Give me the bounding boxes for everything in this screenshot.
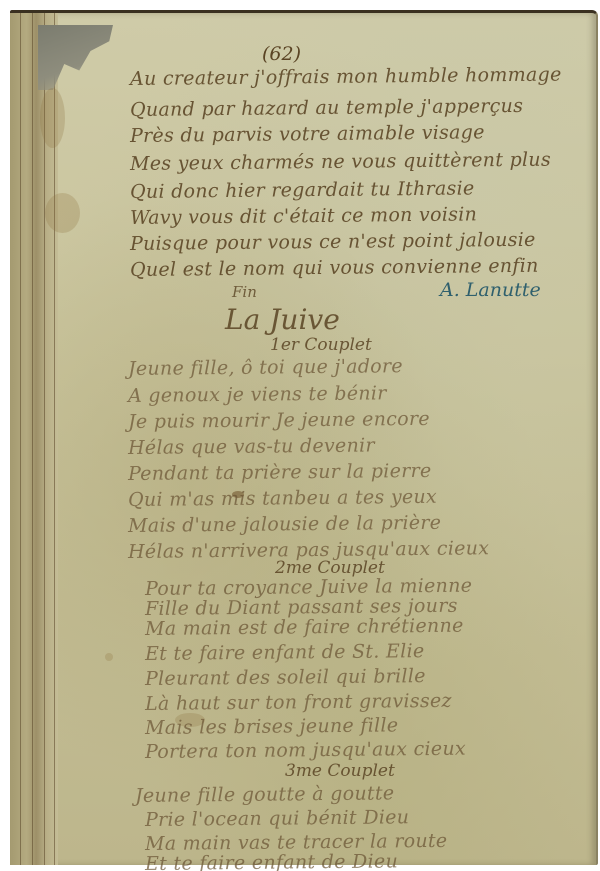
manuscript-page: (62) Au createur j'offrais mon humble ho…	[10, 10, 598, 865]
poem-line: Wavy vous dit c'était ce mon voisin	[130, 203, 477, 229]
poem-line: Mais d'une jalousie de la prière	[128, 512, 441, 537]
signature: A. Lanutte	[440, 279, 541, 301]
poem-line: Quand par hazard au temple j'apperçus	[130, 95, 523, 121]
poem-line: Et te faire enfant de Dieu	[145, 850, 398, 871]
poem-line: Mes yeux charmés ne vous quittèrent plus	[130, 149, 551, 175]
poem-line: Ma main est de faire chrétienne	[145, 615, 464, 640]
couplet-heading: 3me Couplet	[285, 761, 395, 781]
poem-line: Qui m'as mis tanbeu a tes yeux	[128, 486, 437, 511]
poem-line: A genoux je viens te bénir	[128, 382, 387, 407]
page-number: (62)	[262, 43, 301, 65]
poem-line: Pleurant des soleil qui brille	[145, 665, 426, 690]
poem-line: Jeune fille, ô toi que j'adore	[128, 355, 403, 380]
poem-line: Pendant ta prière sur la pierre	[128, 460, 432, 485]
poem-line: Près du parvis votre aimable visage	[130, 121, 485, 147]
fin-annotation: Fin	[232, 283, 257, 301]
poem-line: Quel est le nom qui vous convienne enfin	[130, 255, 539, 281]
poem-line: Prie l'ocean qui bénit Dieu	[145, 806, 409, 831]
poem-line: Qui donc hier regardait tu Ithrasie	[130, 177, 475, 203]
stain	[105, 653, 113, 661]
poem-line: Mais les brises jeune fille	[145, 714, 399, 739]
stain	[45, 193, 80, 233]
torn-corner	[38, 25, 113, 90]
poem-line: Puisque pour vous ce n'est point jalousi…	[130, 229, 536, 255]
song-title: La Juive	[225, 303, 340, 336]
poem-line: Portera ton nom jusqu'aux cieux	[145, 738, 466, 763]
poem-line: Je puis mourir Je jeune encore	[128, 408, 430, 433]
poem-line: Au createur j'offrais mon humble hommage	[130, 63, 562, 90]
stain	[40, 88, 65, 148]
couplet-heading: 1er Couplet	[270, 335, 372, 355]
poem-line: Là haut sur ton front gravissez	[145, 690, 452, 715]
poem-line: Jeune fille goutte à goutte	[135, 782, 395, 807]
poem-line: Et te faire enfant de St. Elie	[145, 640, 425, 665]
poem-line: Hélas que vas-tu devenir	[128, 434, 375, 459]
